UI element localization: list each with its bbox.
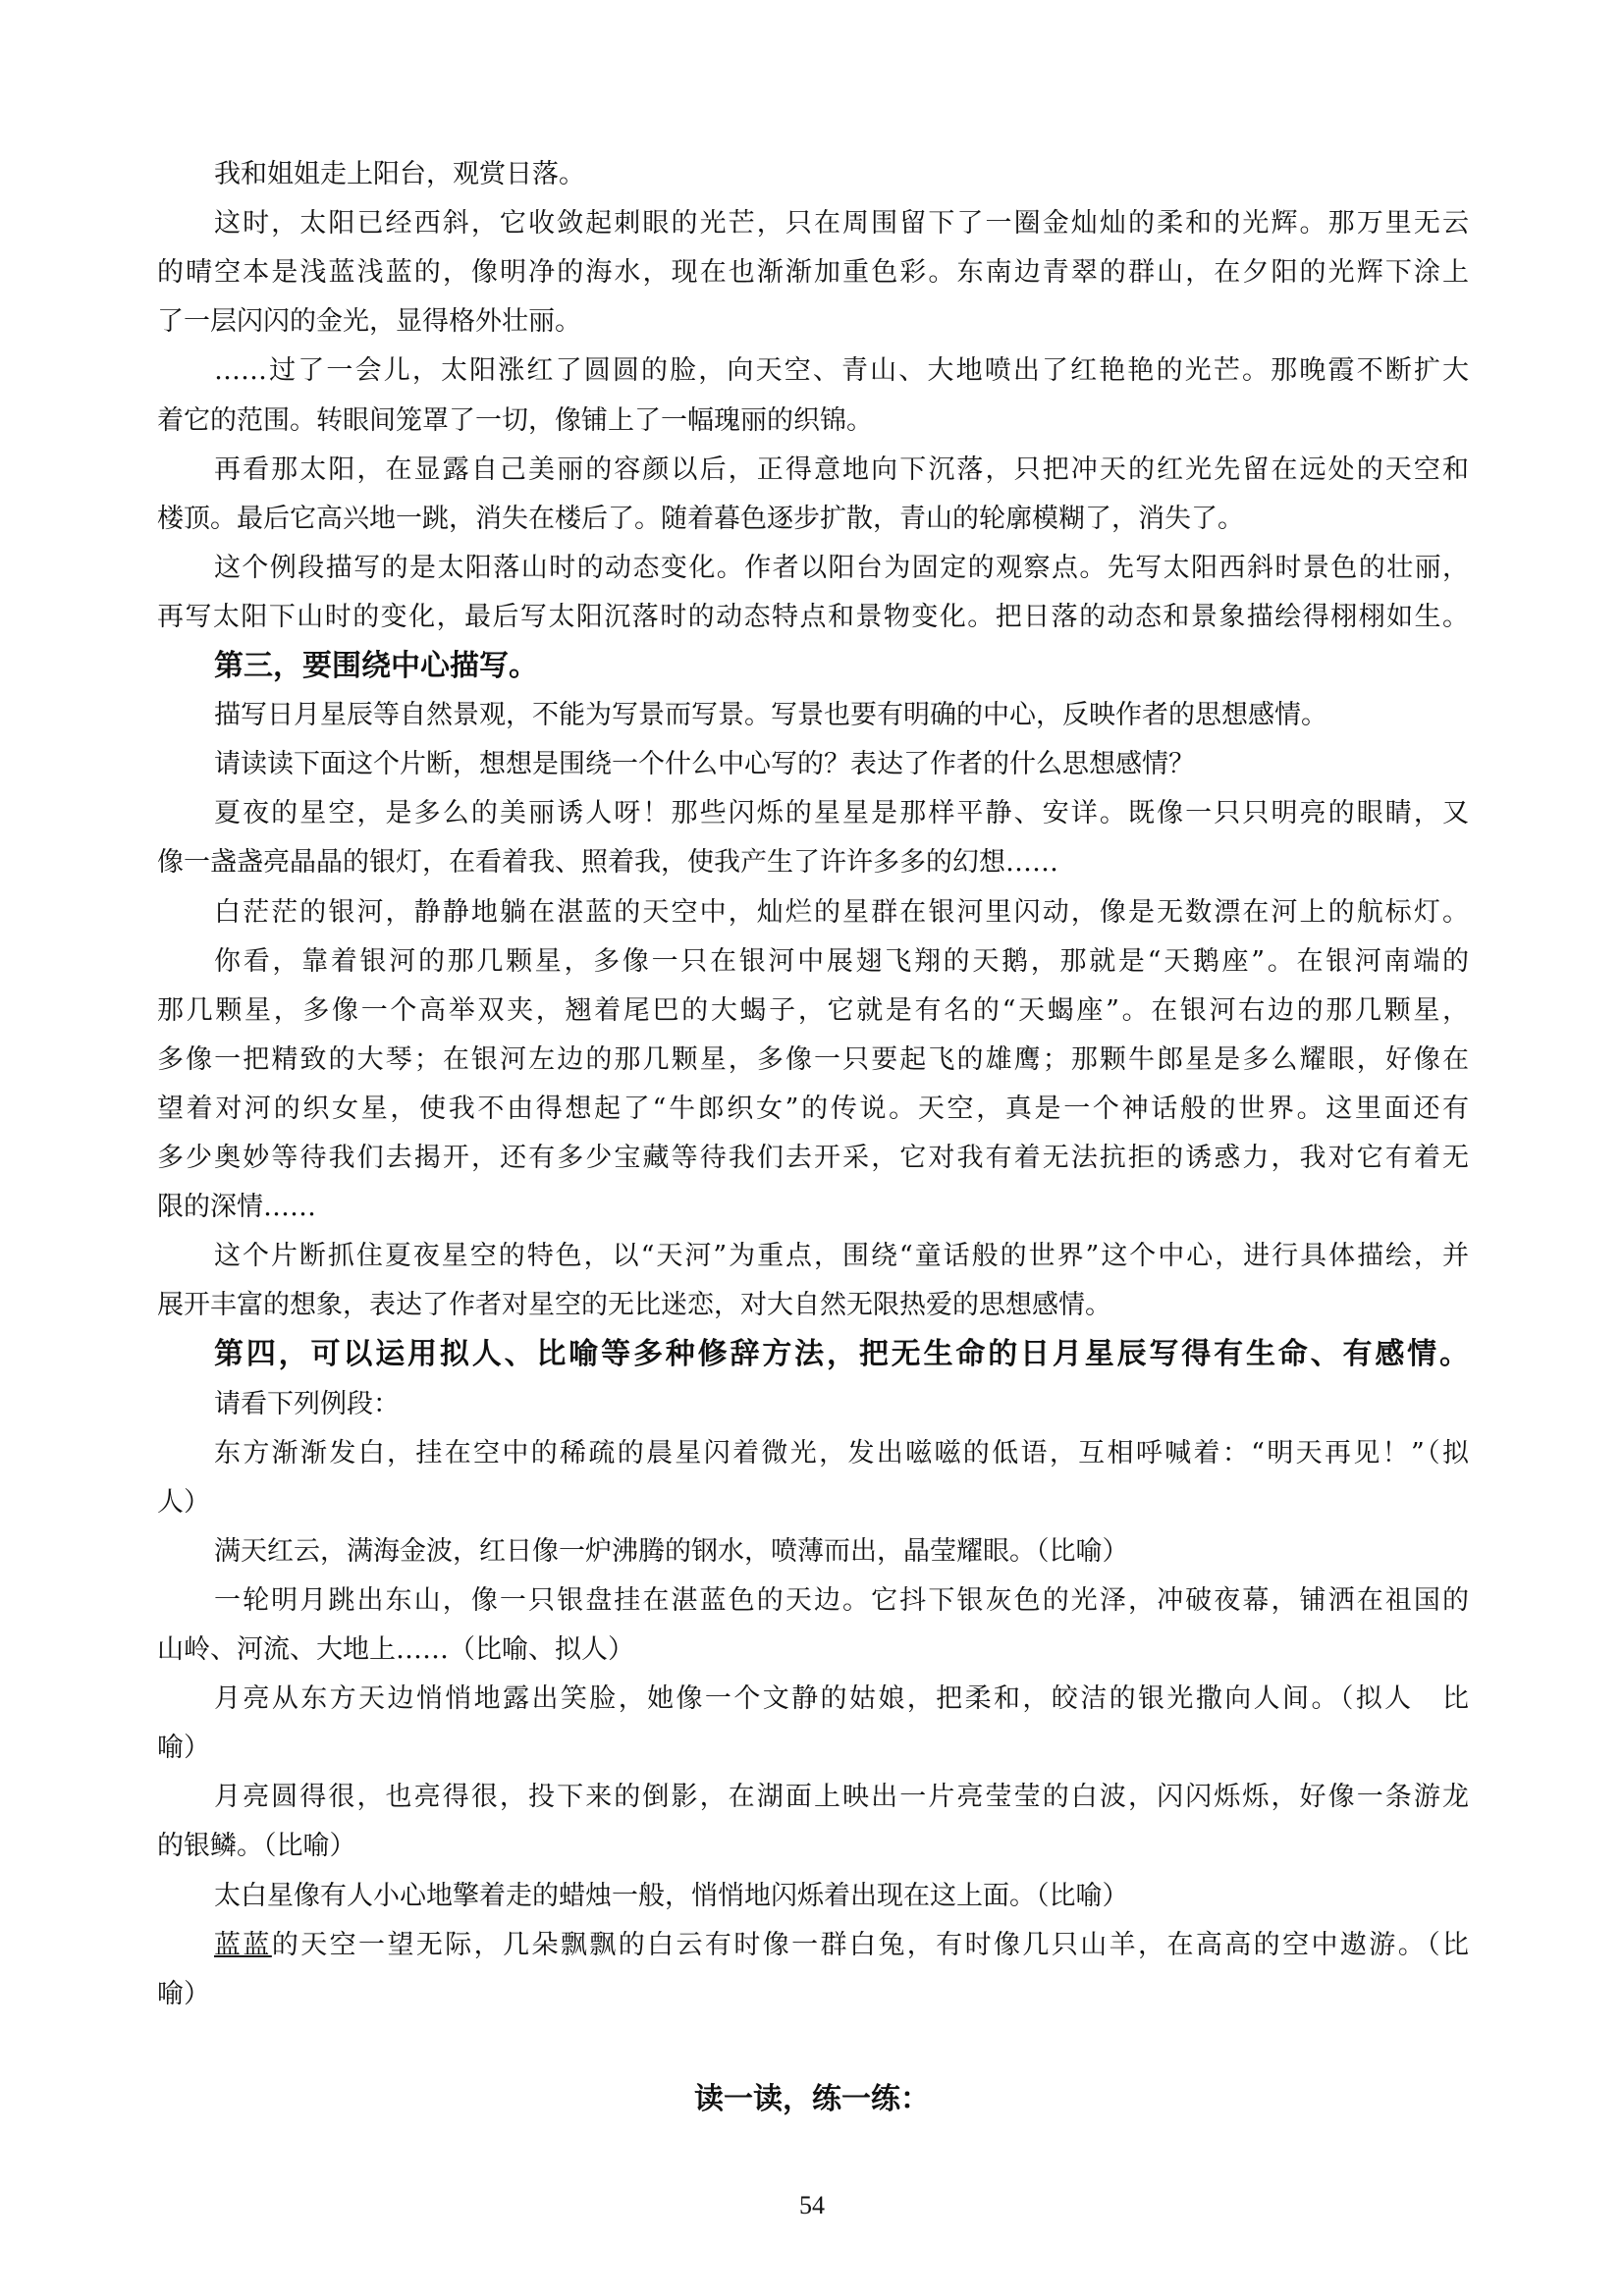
text-line: 这时，太阳已经西斜，它收敛起刺眼的光芒，只在周围留下了一圈金灿灿的柔和的光辉。那… xyxy=(214,204,1469,243)
section-heading: 第三，要围绕中心描写。 xyxy=(214,647,1469,686)
section-heading: 第四，可以运用拟人、比喻等多种修辞方法，把无生命的日月星辰写得有生命、有感情。 xyxy=(214,1335,1469,1374)
text-line: 满天红云，满海金波，红日像一炉沸腾的钢水，喷薄而出，晶莹耀眼。（比喻） xyxy=(214,1532,1469,1572)
text-line: 夏夜的星空，是多么的美丽诱人呀！那些闪烁的星星是那样平静、安详。既像一只只明亮的… xyxy=(214,794,1469,833)
text-line: 多像一把精致的大琴；在银河左边的那几颗星，多像一只要起飞的雄鹰；那颗牛郎星是多么… xyxy=(157,1041,1469,1080)
text-line: 蓝蓝的天空一望无际，几朵飘飘的白云有时像一群白兔，有时像几只山羊，在高高的空中遨… xyxy=(214,1926,1469,1965)
page-number: 54 xyxy=(0,2191,1624,2220)
text-line: 限的深情…… xyxy=(157,1188,1469,1227)
text-line: 的晴空本是浅蓝浅蓝的，像明净的海水，现在也渐渐加重色彩。东南边青翠的群山，在夕阳… xyxy=(157,253,1469,293)
text-line: 这个例段描写的是太阳落山时的动态变化。作者以阳台为固定的观察点。先写太阳西斜时景… xyxy=(214,549,1469,588)
text-line: 请读读下面这个片断，想想是围绕一个什么中心写的？表达了作者的什么思想感情？ xyxy=(214,745,1469,784)
text-line: 月亮从东方天边悄悄地露出笑脸，她像一个文静的姑娘，把柔和，皎洁的银光撒向人间。（… xyxy=(214,1680,1469,1719)
text-line: 请看下列例段： xyxy=(214,1385,1469,1424)
text-line: 再写太阳下山时的变化，最后写太阳沉落时的动态特点和景物变化。把日落的动态和景象描… xyxy=(157,598,1469,637)
text-line: 着它的范围。转眼间笼罩了一切，像铺上了一幅瑰丽的织锦。 xyxy=(157,401,1469,441)
text-line: 山岭、河流、大地上……（比喻、拟人） xyxy=(157,1630,1469,1670)
line-text: 的天空一望无际，几朵飘飘的白云有时像一群白兔，有时像几只山羊，在高高的空中遨游。… xyxy=(272,1930,1469,1960)
text-line: ……过了一会儿，太阳涨红了圆圆的脸，向天空、青山、大地喷出了红艳艳的光芒。那晚霞… xyxy=(214,351,1469,391)
text-line: 人） xyxy=(157,1483,1469,1522)
text-line: 那几颗星，多像一个高举双夹，翘着尾巴的大蝎子，它就是有名的“天蝎座”。在银河右边… xyxy=(157,991,1469,1031)
text-line: 你看，靠着银河的那几颗星，多像一只在银河中展翅飞翔的天鹅，那就是“天鹅座”。在银… xyxy=(214,942,1469,982)
text-line: 我和姐姐走上阳台，观赏日落。 xyxy=(214,155,1469,194)
text-line: 展开丰富的想象，表达了作者对星空的无比迷恋，对大自然无限热爱的思想感情。 xyxy=(157,1286,1469,1325)
text-line: 望着对河的织女星，使我不由得想起了“牛郎织女”的传说。天空，真是一个神话般的世界… xyxy=(157,1090,1469,1129)
text-line: 了一层闪闪的金光，显得格外壮丽。 xyxy=(157,302,1469,342)
text-line: 月亮圆得很，也亮得很，投下来的倒影，在湖面上映出一片亮莹莹的白波，闪闪烁烁，好像… xyxy=(214,1778,1469,1817)
text-line: 东方渐渐发白，挂在空中的稀疏的晨星闪着微光，发出嗞嗞的低语，互相呼喊着：“明天再… xyxy=(214,1434,1469,1473)
text-line: 喻） xyxy=(157,1729,1469,1768)
text-line: 描写日月星辰等自然景观，不能为写景而写景。写景也要有明确的中心，反映作者的思想感… xyxy=(214,696,1469,735)
text-line: 这个片断抓住夏夜星空的特色，以“天河”为重点，围绕“童话般的世界”这个中心，进行… xyxy=(214,1237,1469,1276)
text-line: 再看那太阳，在显露自己美丽的容颜以后，正得意地向下沉落，只把冲天的红光先留在远处… xyxy=(214,451,1469,490)
text-line: 一轮明月跳出东山，像一只银盘挂在湛蓝色的天边。它抖下银灰色的光泽，冲破夜幕，铺洒… xyxy=(214,1581,1469,1621)
text-line: 像一盏盏亮晶晶的银灯，在看着我、照着我，使我产生了许许多多的幻想…… xyxy=(157,843,1469,882)
text-line: 楼顶。最后它高兴地一跳，消失在楼后了。随着暮色逐步扩散，青山的轮廓模糊了，消失了… xyxy=(157,500,1469,539)
text-line: 白茫茫的银河，静静地躺在湛蓝的天空中，灿烂的星群在银河里闪动，像是无数漂在河上的… xyxy=(214,893,1469,933)
text-line: 太白星像有人小心地擎着走的蜡烛一般，悄悄地闪烁着出现在这上面。（比喻） xyxy=(214,1877,1469,1916)
text-line: 喻） xyxy=(157,1975,1469,2014)
underlined-text: 蓝蓝 xyxy=(214,1930,272,1960)
text-line: 多少奥妙等待我们去揭开，还有多少宝藏等待我们去开采，它对我有着无法抗拒的诱惑力，… xyxy=(157,1139,1469,1178)
section-title: 读一读，练一练： xyxy=(0,2074,1624,2117)
document-page: 我和姐姐走上阳台，观赏日落。这时，太阳已经西斜，它收敛起刺眼的光芒，只在周围留下… xyxy=(0,0,1624,2296)
text-line: 的银鳞。（比喻） xyxy=(157,1827,1469,1866)
